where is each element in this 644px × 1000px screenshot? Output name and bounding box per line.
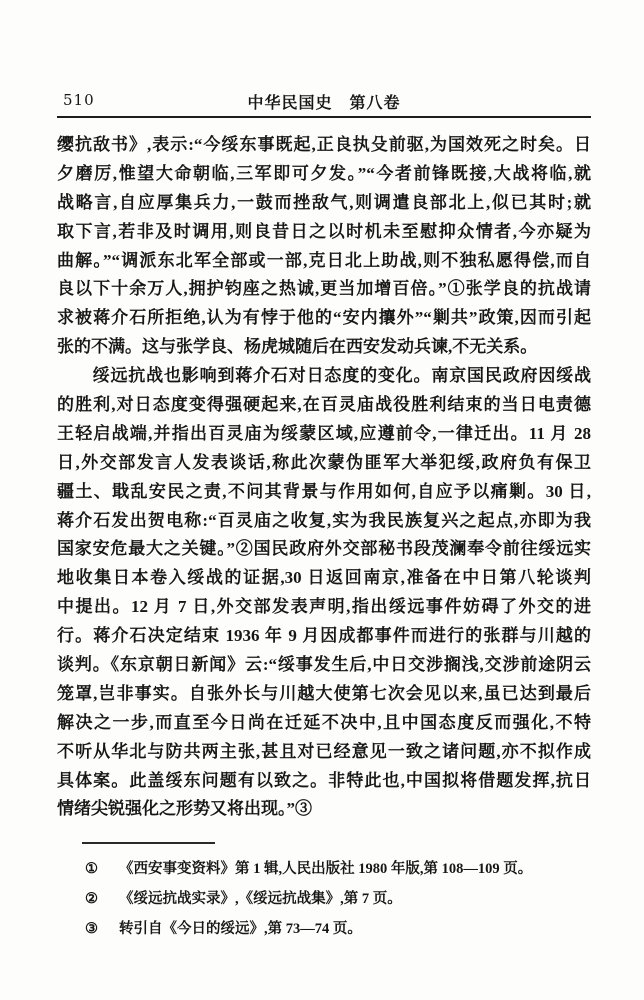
footnote-marker: ① (85, 854, 119, 884)
text-line: 具体案。此盖绥东问题有以致之。非特此也,中国拟将借题发挥,抗日 (57, 767, 591, 796)
text-line: 情绪尖锐强化之形势又将出现。”③ (57, 795, 591, 824)
text-line: 良以下十余万人,拥护钧座之热诚,更当加增百倍。”①张学良的抗战请 (57, 275, 591, 304)
text-line: 地收集日本卷入绥战的证据,30 日返回南京,准备在中日第八轮谈判 (57, 564, 591, 593)
text-line: 夕磨厉,惟望大命朝临,三军即可夕发。”“今者前锋既接,大战将临,就 (57, 160, 591, 189)
footnote-list: ① 《西安事变资料》第 1 辑,人民出版社 1980 年版,第 108—109 … (85, 854, 591, 944)
header-rule (57, 116, 591, 118)
footnote-marker: ② (85, 884, 119, 914)
running-header: 510 中华民国史 第八卷 (57, 90, 591, 112)
text-line: 行。蒋介石决定结束 1936 年 9 月因成都事件而进行的张群与川越的 (57, 622, 591, 651)
body-text: 缨抗敌书》,表示:“今绥东事既起,正良执殳前驱,为国效死之时矣。日 夕磨厉,惟望… (57, 131, 591, 824)
text-line: 王轻启战端,并指出百灵庙为绥蒙区域,应遵前令,一律迁出。11 月 28 (57, 420, 591, 449)
text-line: 张的不满。这与张学良、杨虎城随后在西安发动兵谏,不无关系。 (57, 333, 591, 362)
text-line: 疆土、戢乱安民之责,不问其背景与作用如何,自应予以痛剿。30 日, (57, 478, 591, 507)
text-line: 国家安危最大之关键。”②国民政府外交部秘书段茂澜奉令前往绥远实 (57, 535, 591, 564)
footnote-separator (82, 842, 215, 844)
footnote-marker: ③ (85, 914, 119, 944)
footnote-item: ② 《绥远抗战实录》,《绥远抗战集》,第 7 页。 (85, 884, 591, 914)
text-line: 谈判。《东京朝日新闻》云:“绥事发生后,中日交涉搁浅,交涉前途阴云 (57, 651, 591, 680)
text-line: 解决之一步,而直至今日尚在迁延不决中,且中国态度反而强化,不特 (57, 709, 591, 738)
text-line: 曲解。”“调派东北军全部或一部,克日北上助战,则不独私愿得偿,而自 (57, 247, 591, 276)
footnote-text: 《西安事变资料》第 1 辑,人民出版社 1980 年版,第 108—109 页。 (119, 854, 591, 884)
text-line: 日,外交部发言人发表谈话,称此次蒙伪匪军大举犯绥,政府负有保卫 (57, 449, 591, 478)
text-line: 战略言,自应厚集兵力,一鼓而挫敌气,则调遣良部北上,似已其时;就 (57, 189, 591, 218)
text-line: 缨抗敌书》,表示:“今绥东事既起,正良执殳前驱,为国效死之时矣。日 (57, 131, 591, 160)
text-line: 不听从华北与防共两主张,甚且对已经意见一致之诸问题,亦不拟作成 (57, 738, 591, 767)
footnote-item: ③ 转引自《今日的绥远》,第 73—74 页。 (85, 914, 591, 944)
text-line: 中提出。12 月 7 日,外交部发表声明,指出绥远事件妨碍了外交的进 (57, 593, 591, 622)
footnote-text: 《绥远抗战实录》,《绥远抗战集》,第 7 页。 (119, 884, 591, 914)
text-line paragraph-start: 绥远抗战也影响到蒋介石对日态度的变化。南京国民政府因绥战 (57, 362, 591, 391)
text-line: 求被蒋介石所拒绝,认为有悖于他的“安内攘外”“剿共”政策,因而引起 (57, 304, 591, 333)
text-line: 蒋介石发出贺电称:“百灵庙之收复,实为我民族复兴之起点,亦即为我 (57, 507, 591, 536)
text-line: 取下言,若非及时调用,则良昔日之以时机未至慰抑众情者,今亦疑为 (57, 218, 591, 247)
text-line: 的胜利,对日态度变得强硬起来,在百灵庙战役胜利结束的当日电责德 (57, 391, 591, 420)
text-line: 笼罩,岂非事实。自张外长与川越大使第七次会见以来,虽已达到最后 (57, 680, 591, 709)
book-page: 510 中华民国史 第八卷 缨抗敌书》,表示:“今绥东事既起,正良执殳前驱,为国… (0, 0, 644, 1000)
footnote-text: 转引自《今日的绥远》,第 73—74 页。 (119, 914, 591, 944)
header-title: 中华民国史 第八卷 (57, 90, 591, 113)
footnote-item: ① 《西安事变资料》第 1 辑,人民出版社 1980 年版,第 108—109 … (85, 854, 591, 884)
